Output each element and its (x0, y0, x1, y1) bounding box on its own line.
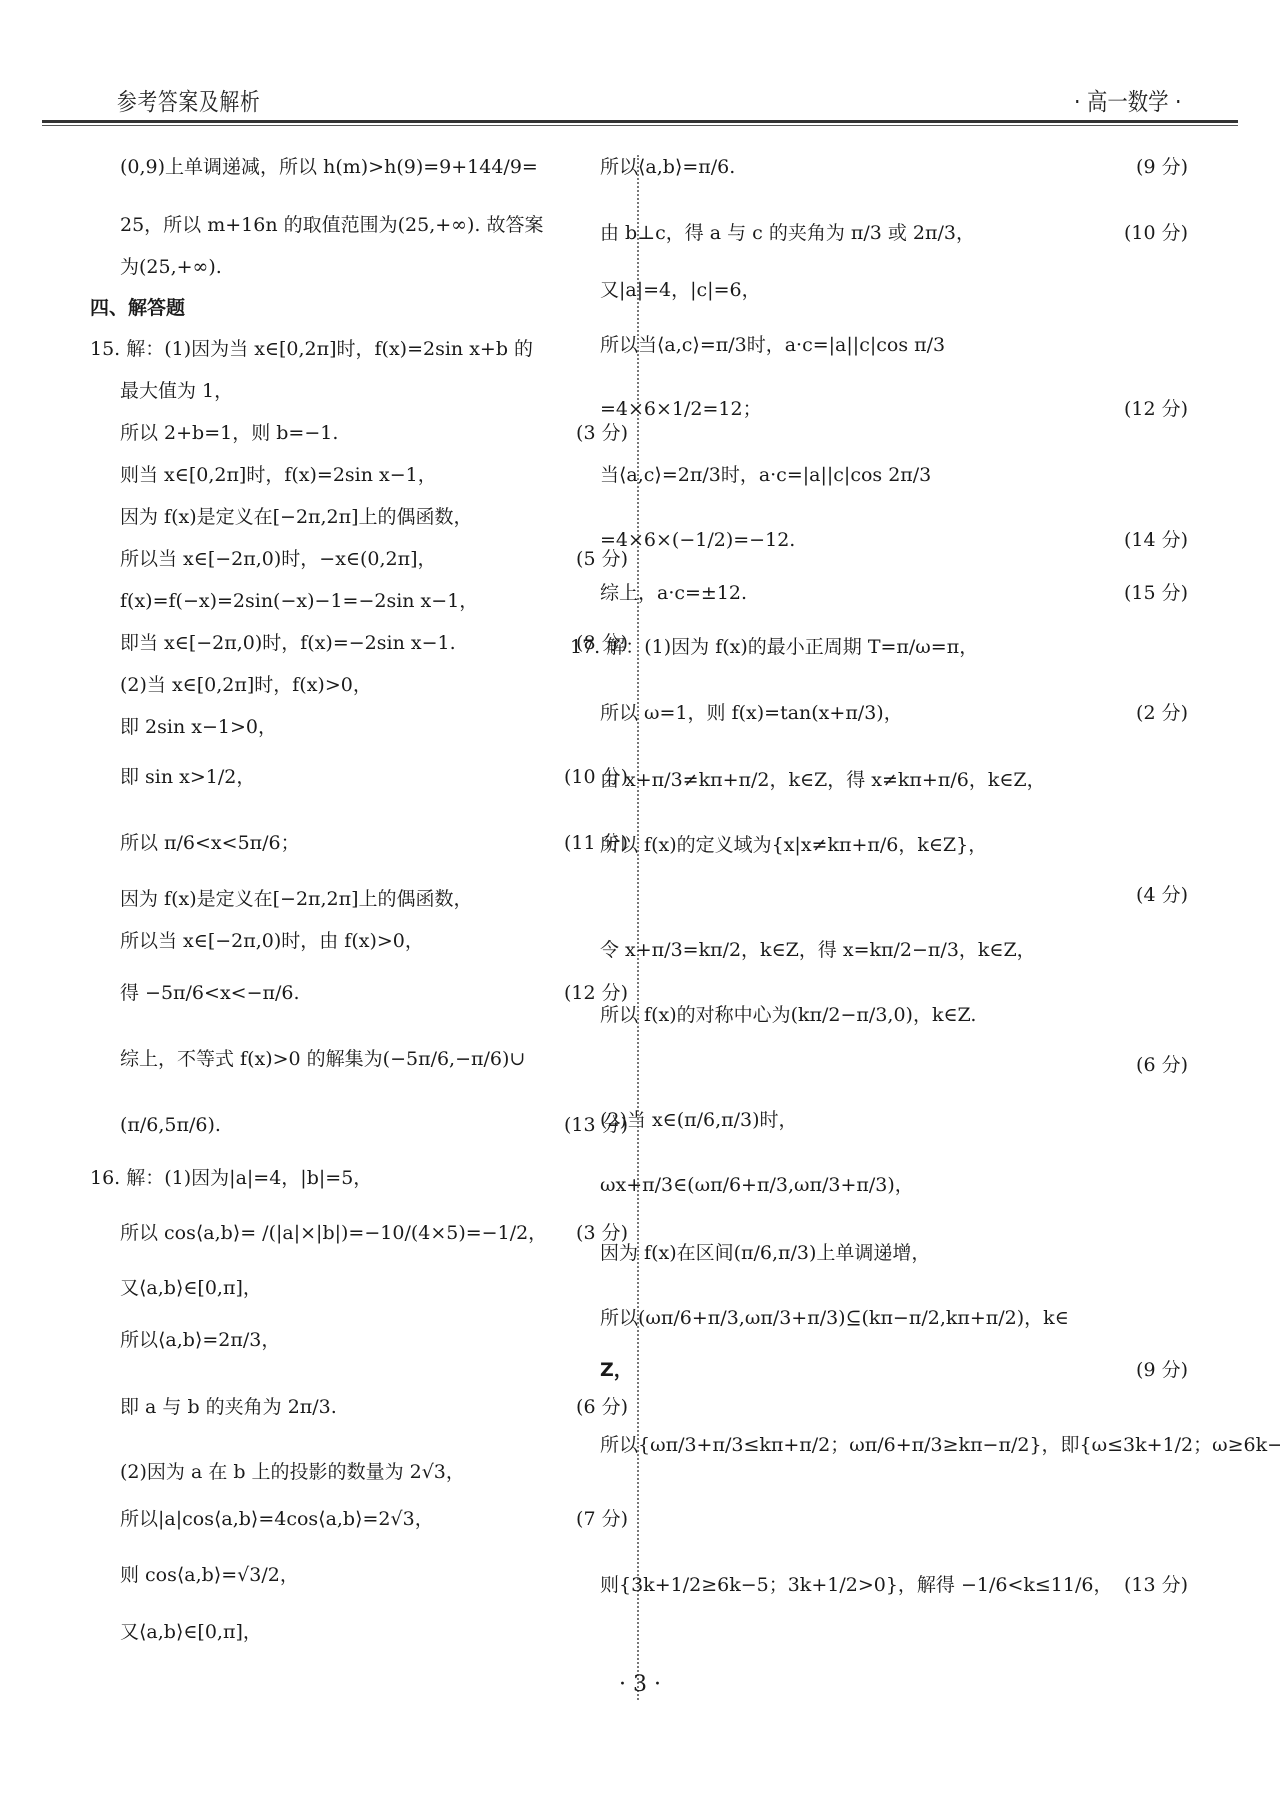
solution-line: 所以当 x∈[−2π,0)时，由 f(x)>0， (120, 932, 424, 951)
score-marker: (15 分) (1124, 584, 1188, 603)
header-subject: · 高一数学 · (1074, 82, 1182, 117)
solution-line: 所以 f(x)的对称中心为(kπ/2−π/3,0)，k∈Z. (600, 1006, 976, 1025)
solution-line: 所以⟨a,b⟩=π/6. (600, 158, 735, 177)
score-marker: (13 分) (1124, 1576, 1188, 1595)
solution-line: 所以(ωπ/6+π/3,ωπ/3+π/3)⊆(kπ−π/2,kπ+π/2)，k∈ (600, 1309, 1069, 1328)
score-marker: (2 分) (1136, 704, 1188, 723)
solution-line: 又|a|=4，|c|=6， (600, 281, 761, 300)
score-marker: (3 分) (576, 424, 628, 443)
score-marker: (5 分) (576, 550, 628, 569)
solution-line: 所以|a|cos⟨a,b⟩=4cos⟨a,b⟩=2√3， (120, 1510, 434, 1529)
solution-line: 25，所以 m+16n 的取值范围为(25,+∞). 故答案 (120, 216, 543, 235)
solution-line: 因为 f(x)在区间(π/6,π/3)上单调递增， (600, 1244, 930, 1263)
solution-line: 所以当 x∈[−2π,0)时，−x∈(0,2π]， (120, 550, 437, 569)
solution-line: 即 a 与 b 的夹角为 2π/3. (120, 1398, 337, 1417)
solution-line: 最大值为 1， (120, 382, 233, 401)
solution-line: 由 b⊥c，得 a 与 c 的夹角为 π/3 或 2π/3， (600, 224, 975, 243)
solution-line: 即当 x∈[−2π,0)时，f(x)=−2sin x−1. (120, 634, 456, 653)
score-marker: (12 分) (564, 984, 628, 1003)
solution-line: 则 cos⟨a,b⟩=√3/2， (120, 1566, 299, 1585)
solution-line: (2)当 x∈(π/6,π/3)时， (600, 1111, 798, 1130)
solution-line: 又⟨a,b⟩∈[0,π]， (120, 1279, 262, 1298)
solution-line: 15. 解：(1)因为当 x∈[0,2π]时，f(x)=2sin x+b 的 (90, 340, 533, 359)
score-marker: (9 分) (1136, 1361, 1188, 1380)
solution-line: 则当 x∈[0,2π]时，f(x)=2sin x−1， (120, 466, 437, 485)
solution-line: 即 2sin x−1>0， (120, 718, 277, 737)
solution-line: 综上，a·c=±12. (600, 584, 747, 603)
header-rule (42, 120, 1238, 123)
solution-line: 四、解答题 (90, 299, 185, 318)
solution-line: (0,9)上单调递减，所以 h(m)>h(9)=9+144/9= (120, 158, 538, 177)
page-number: · 3 · (0, 1672, 1280, 1697)
solution-line: ωx+π/3∈(ωπ/6+π/3,ωπ/3+π/3)， (600, 1176, 914, 1195)
score-marker: (6 分) (576, 1398, 628, 1417)
solution-line: 所以当⟨a,c⟩=π/3时，a·c=|a||c|cos π/3 (600, 336, 945, 355)
solution-line: 所以 π/6<x<5π/6； (120, 834, 300, 853)
score-marker: (10 分) (1124, 224, 1188, 243)
solution-line: 又⟨a,b⟩∈[0,π]， (120, 1623, 262, 1642)
solution-line: (2)因为 a 在 b 上的投影的数量为 2√3， (120, 1463, 465, 1482)
column-divider (637, 155, 639, 1700)
score-marker: (14 分) (1124, 531, 1188, 550)
score-marker: (6 分) (1136, 1056, 1188, 1075)
solution-line: f(x)=f(−x)=2sin(−x)−1=−2sin x−1， (120, 592, 478, 611)
solution-line: 所以 ω=1，则 f(x)=tan(x+π/3)， (600, 704, 903, 723)
solution-line: 所以⟨a,b⟩=2π/3， (120, 1331, 280, 1350)
solution-line: 则{3k+1/2≥6k−5；3k+1/2>0}，解得 −1/6<k≤11/6， (600, 1576, 1112, 1595)
solution-line: 因为 f(x)是定义在[−2π,2π]上的偶函数， (120, 890, 473, 909)
solution-line: 16. 解：(1)因为|a|=4，|b|=5， (90, 1169, 372, 1188)
score-marker: (3 分) (576, 1224, 628, 1243)
solution-line: 由 x+π/3≠kπ+π/2，k∈Z，得 x≠kπ+π/6，k∈Z， (600, 771, 1046, 790)
solution-line: 得 −5π/6<x<−π/6. (120, 984, 300, 1003)
solution-line: 即 sin x>1/2， (120, 768, 255, 787)
solution-line: 所以 cos⟨a,b⟩= /(|a|×|b|)=−10/(4×5)=−1/2， (120, 1224, 547, 1243)
solution-line: 所以{ωπ/3+π/3≤kπ+π/2；ωπ/6+π/3≥kπ−π/2}，即{ω≤… (600, 1436, 1280, 1455)
solution-line: 17. 解：(1)因为 f(x)的最小正周期 T=π/ω=π， (570, 638, 978, 657)
solution-line: (2)当 x∈[0,2π]时，f(x)>0， (120, 676, 372, 695)
solution-line: 因为 f(x)是定义在[−2π,2π]上的偶函数， (120, 508, 473, 527)
solution-line: 当⟨a,c⟩=2π/3时，a·c=|a||c|cos 2π/3 (600, 466, 931, 485)
header-rule-thin (42, 125, 1238, 126)
solution-line: =4×6×1/2=12； (600, 400, 762, 419)
score-marker: (7 分) (576, 1510, 628, 1529)
solution-line: 所以 2+b=1，则 b=−1. (120, 424, 338, 443)
header-title: 参考答案及解析 (117, 82, 261, 117)
solution-line: 所以 f(x)的定义域为{x|x≠kπ+π/6，k∈Z}， (600, 836, 987, 855)
score-marker: (9 分) (1136, 158, 1188, 177)
solution-line: 综上，不等式 f(x)>0 的解集为(−5π/6,−π/6)∪ (120, 1050, 525, 1069)
solution-line: 令 x+π/3=kπ/2，k∈Z，得 x=kπ/2−π/3，k∈Z， (600, 941, 1036, 960)
solution-line: Z， (600, 1361, 633, 1380)
score-marker: (12 分) (1124, 400, 1188, 419)
score-marker: (4 分) (1136, 886, 1188, 905)
solution-line: (π/6,5π/6). (120, 1116, 221, 1135)
solution-line: =4×6×(−1/2)=−12. (600, 531, 795, 550)
solution-line: 为(25,+∞). (120, 258, 222, 277)
